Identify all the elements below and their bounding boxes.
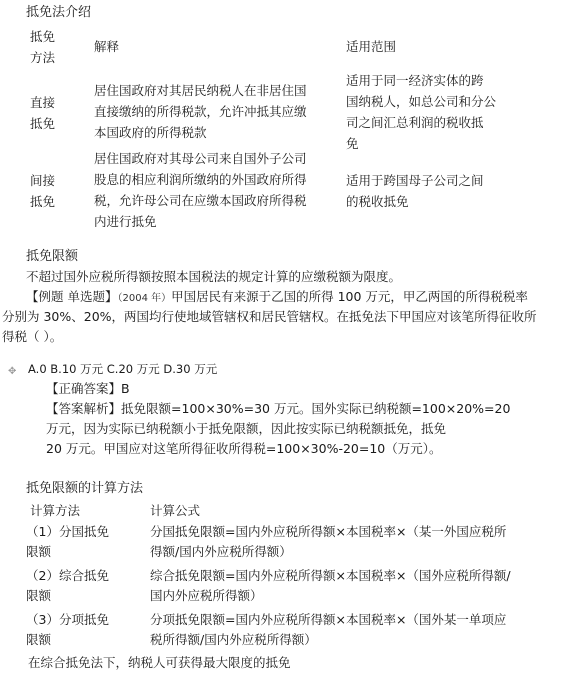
cell-line: 抵免 (30, 113, 55, 134)
analysis-label: 【答案解析】 (46, 401, 121, 416)
cell-line: 本国政府的所得税款 (94, 122, 307, 143)
example-line-3: 得税（ ）。 (2, 326, 62, 348)
cell-line: 股息的相应利润所缴纳的外国政府所得 (94, 169, 307, 190)
cell-line: 间接 (30, 170, 55, 191)
cell-line: 适用于同一经济实体的跨 (346, 70, 496, 91)
calc-row-3-method: （3）分项抵免 限额 (26, 610, 109, 650)
move-handle-icon[interactable]: ✥ (8, 367, 18, 377)
cell-line: （3）分项抵免 (26, 610, 109, 630)
calc-row-2-method: （2）综合抵免 限额 (26, 566, 109, 606)
cell-line: 直接缴纳的所得税款，允许冲抵其应缴 (94, 101, 307, 122)
section-title-credit-limit: 抵免限额 (26, 246, 78, 268)
cell-line: 税，允许母公司在应缴本国政府所得税 (94, 190, 307, 211)
example-year: （2004 年） (117, 293, 171, 304)
row-direct-method: 直接 抵免 (30, 92, 55, 134)
correct-answer-label: 【正确答案】 (46, 381, 121, 396)
correct-answer: 【正确答案】B (46, 378, 130, 400)
cell-line: 分国抵免限额=国内外应税所得额×本国税率×（某一外国应税所 (150, 522, 506, 542)
calc-row-1-method: （1）分国抵免 限额 (26, 522, 109, 562)
row-indirect-method: 间接 抵免 (30, 170, 55, 212)
header-method-line: 方法 (30, 47, 55, 68)
cell-line: 抵免 (30, 191, 55, 212)
cell-line: 居住国政府对其母公司来自国外子公司 (94, 148, 307, 169)
cell-line: 综合抵免限额=国内外应税所得额×本国税率×（国外应税所得额/ (150, 566, 511, 586)
cell-line: 适用于跨国母子公司之间 (346, 170, 484, 191)
example-line-2: 分别为 30%、20%，两国均行使地域管辖权和居民管辖权。在抵免法下甲国应对该笔… (2, 306, 537, 328)
cell-line: 的税收抵免 (346, 191, 484, 212)
header-explanation: 解释 (94, 36, 119, 57)
cell-line: 得额/国内外应税所得额） (150, 542, 506, 562)
analysis-line-3: 20 万元。甲国应对这笔所得征收所得税=100×30%-20=10（万元）。 (46, 438, 442, 460)
header-scope: 适用范围 (346, 36, 396, 57)
row-indirect-explanation: 居住国政府对其母公司来自国外子公司 股息的相应利润所缴纳的外国政府所得 税，允许… (94, 148, 307, 232)
calc-conclusion: 在综合抵免法下，纳税人可获得最大限度的抵免 (28, 652, 291, 674)
row-direct-explanation: 居住国政府对其居民纳税人在非居住国 直接缴纳的所得税款，允许冲抵其应缴 本国政府… (94, 80, 307, 143)
analysis-text: 抵免限额=100×30%=30 万元。国外实际已纳税额=100×20%=20 (121, 401, 510, 416)
section-title-credit-method: 抵免法介绍 (26, 2, 91, 24)
cell-line: 免 (346, 133, 496, 154)
credit-limit-rule: 不超过国外应税所得额按照本国税法的规定计算的应缴税额为限度。 (26, 266, 401, 288)
cell-line: 司之间汇总利润的税收抵 (346, 112, 496, 133)
cell-line: 分项抵免限额=国内外应税所得额×本国税率×（国外某一单项应 (150, 610, 506, 630)
cell-line: 税所得额/国内外应税所得额） (150, 630, 506, 650)
section-title-calc-method: 抵免限额的计算方法 (26, 478, 143, 500)
row-direct-scope: 适用于同一经济实体的跨 国纳税人，如总公司和分公 司之间汇总利润的税收抵 免 (346, 70, 496, 154)
header-calc-method: 计算方法 (30, 500, 80, 522)
header-method: 抵免 方法 (30, 26, 55, 68)
calc-row-1-formula: 分国抵免限额=国内外应税所得额×本国税率×（某一外国应税所 得额/国内外应税所得… (150, 522, 506, 562)
analysis-line-2: 万元，因为实际已纳税额小于抵免限额，因此按实际已纳税额抵免，抵免 (46, 418, 446, 440)
cell-line: 限额 (26, 630, 109, 650)
header-calc-formula: 计算公式 (150, 500, 200, 522)
cell-line: 居住国政府对其居民纳税人在非居住国 (94, 80, 307, 101)
cell-line: （2）综合抵免 (26, 566, 109, 586)
cell-line: 国纳税人，如总公司和分公 (346, 91, 496, 112)
cell-line: （1）分国抵免 (26, 522, 109, 542)
calc-row-3-formula: 分项抵免限额=国内外应税所得额×本国税率×（国外某一单项应 税所得额/国内外应税… (150, 610, 506, 650)
row-indirect-scope: 适用于跨国母子公司之间 的税收抵免 (346, 170, 484, 212)
example-label: 【例题 单选题】 (26, 289, 117, 304)
correct-answer-value: B (121, 381, 130, 396)
cell-line: 直接 (30, 92, 55, 113)
example-options: A.0 B.10 万元 C.20 万元 D.30 万元 (28, 358, 217, 380)
cell-line: 内进行抵免 (94, 211, 307, 232)
cell-line: 国内外应税所得额） (150, 586, 511, 606)
cell-line: 限额 (26, 586, 109, 606)
cell-line: 限额 (26, 542, 109, 562)
calc-row-2-formula: 综合抵免限额=国内外应税所得额×本国税率×（国外应税所得额/ 国内外应税所得额） (150, 566, 511, 606)
example-line1-rest: 甲国居民有来源于乙国的所得 100 万元，甲乙两国的所得税税率 (171, 289, 528, 304)
header-method-line: 抵免 (30, 26, 55, 47)
analysis-line-1: 【答案解析】抵免限额=100×30%=30 万元。国外实际已纳税额=100×20… (46, 398, 510, 420)
